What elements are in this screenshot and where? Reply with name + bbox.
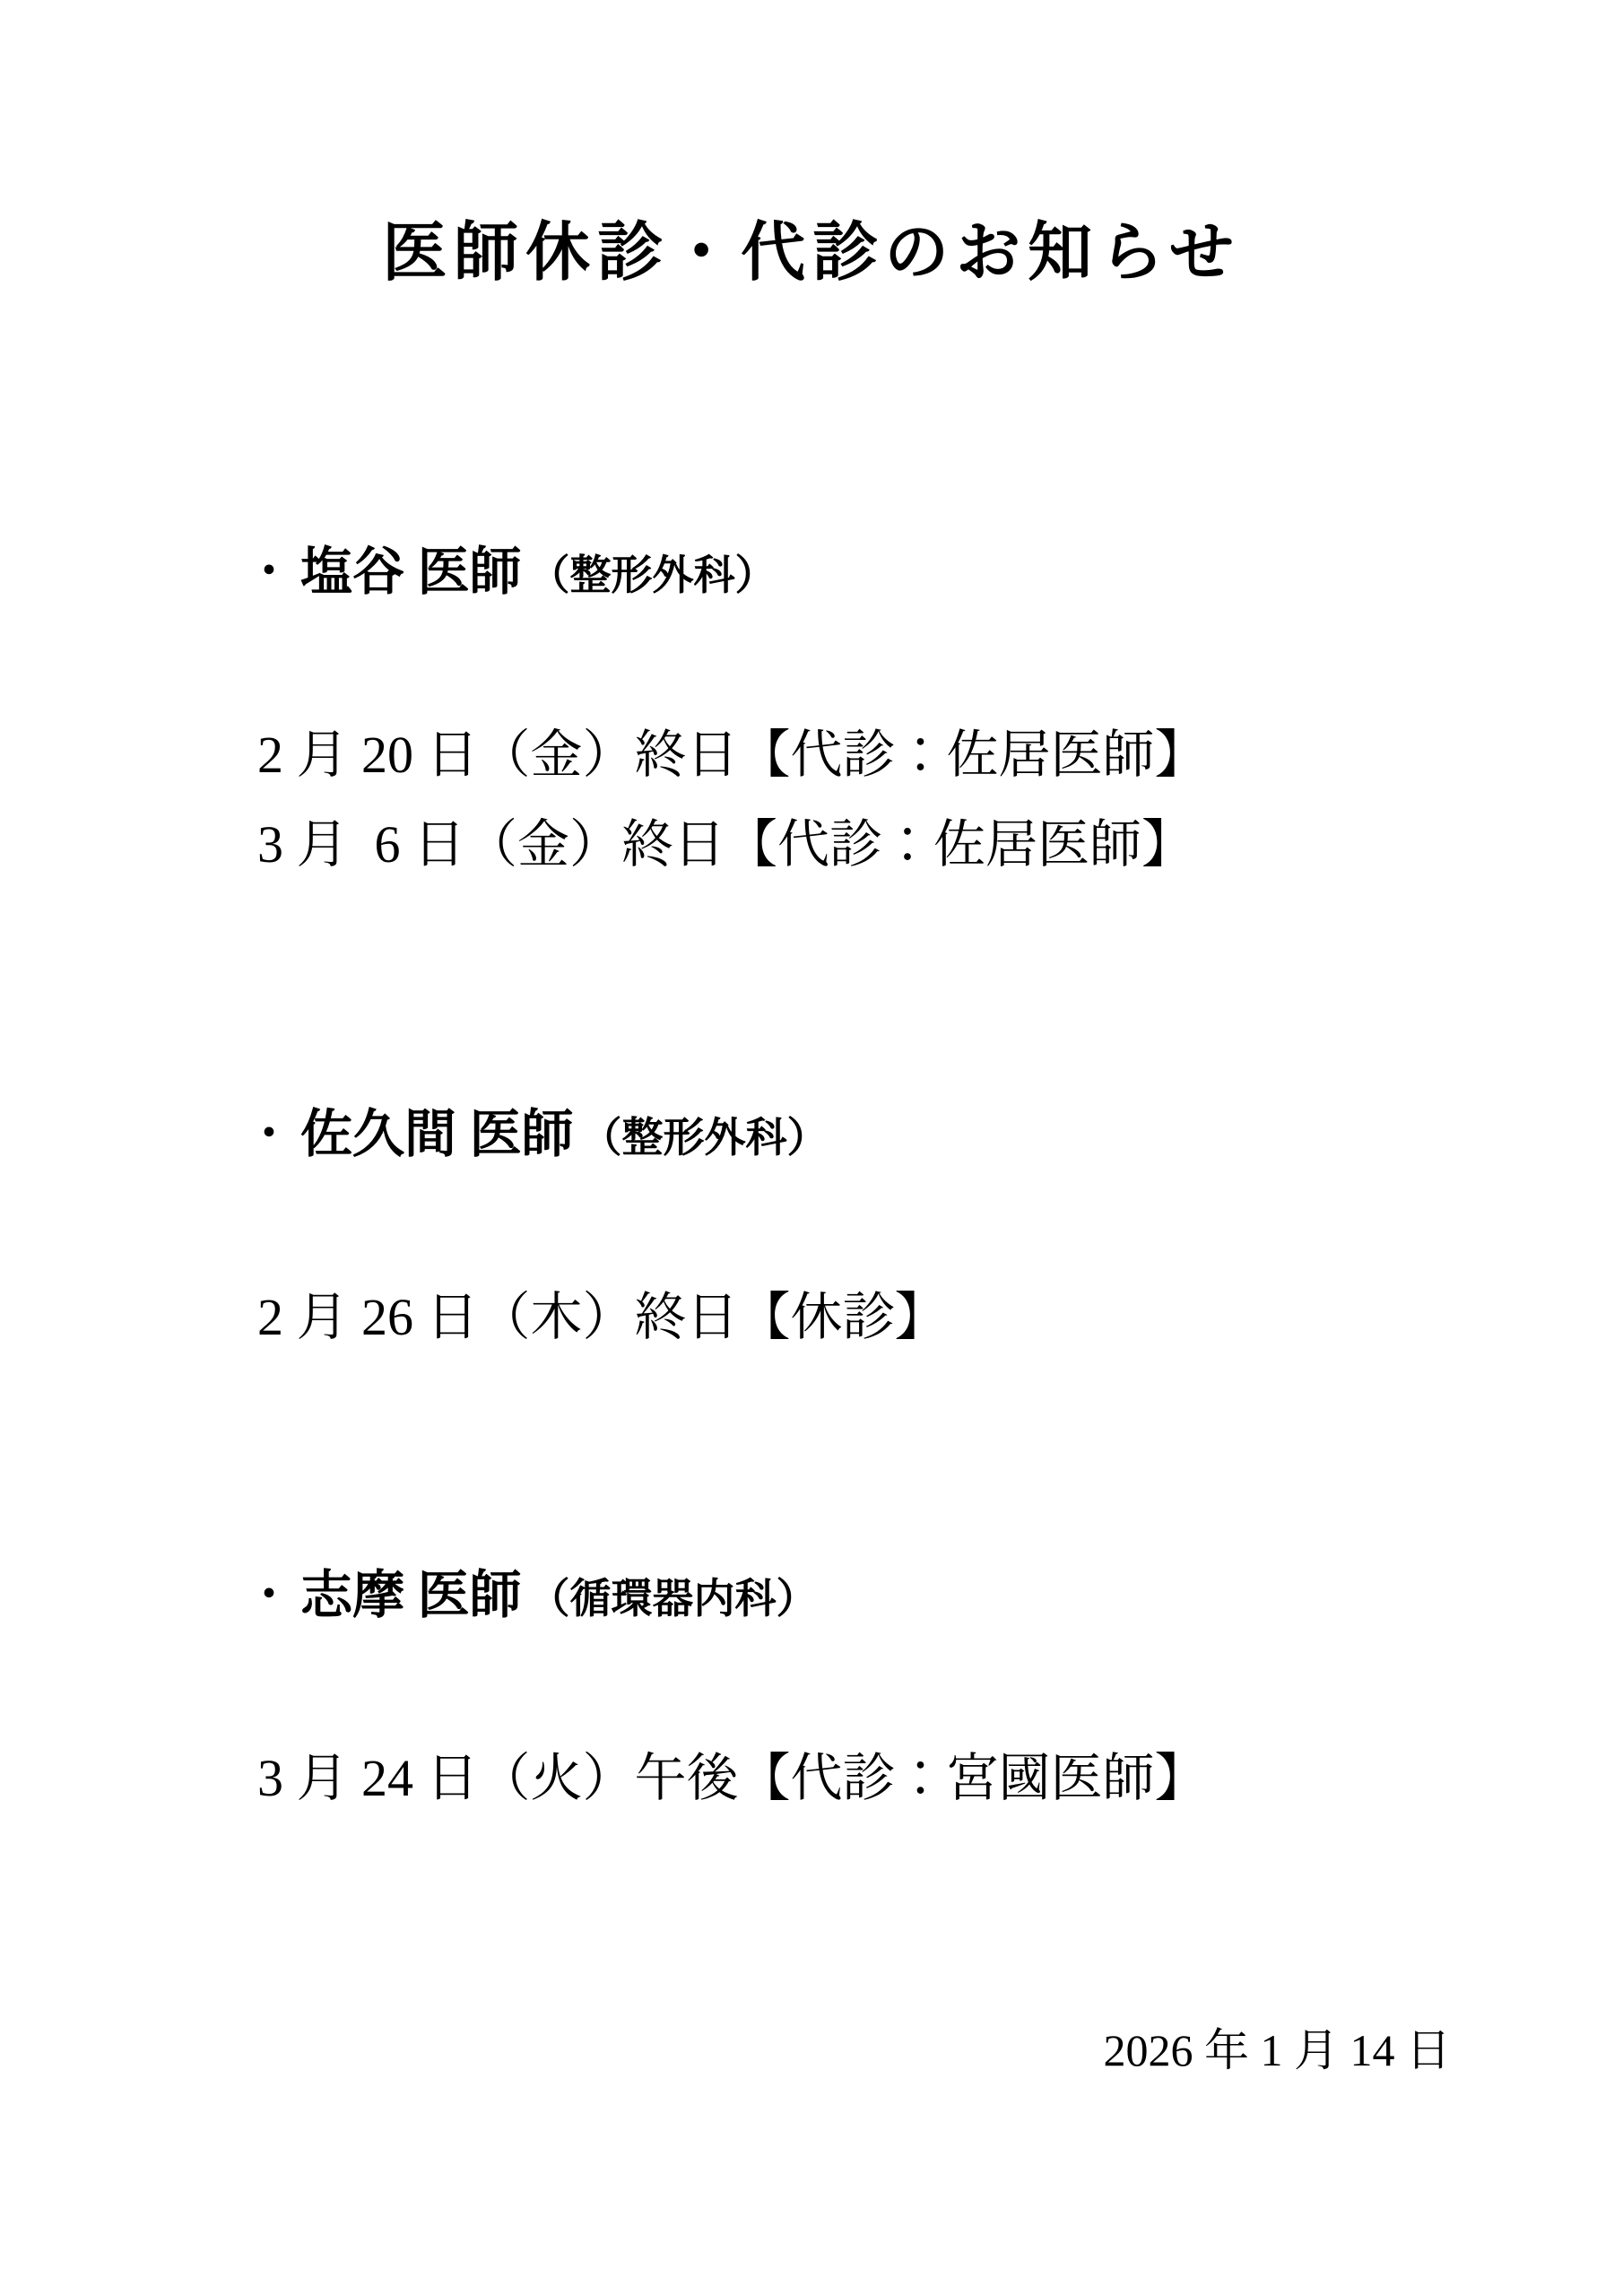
schedule-line: 2 月 20 日（金）終日【代診：佐居医師】 xyxy=(139,710,1623,800)
doctor-header: ・塩谷 医師（整形外科） xyxy=(139,438,1623,710)
bullet-icon: ・ xyxy=(243,1566,295,1624)
doctor-department: （整形外科） xyxy=(581,1115,829,1161)
page-title: 医師休診・代診のお知らせ xyxy=(0,0,1623,287)
doctor-department: （循環器内科） xyxy=(529,1576,818,1622)
notice-body: ・塩谷 医師（整形外科） 2 月 20 日（金）終日【代診：佐居医師】 3 月 … xyxy=(0,438,1623,1823)
doctor-section-shima: ・志摩 医師（循環器内科） 3 月 24 日（火）午後【代診：宮國医師】 xyxy=(139,1461,1623,1823)
bullet-icon: ・ xyxy=(243,1105,295,1163)
doctor-name: 佐久間 医師 xyxy=(300,1105,574,1163)
doctor-department: （整形外科） xyxy=(529,552,777,598)
notice-page: 医師休診・代診のお知らせ ・塩谷 医師（整形外科） 2 月 20 日（金）終日【… xyxy=(0,0,1623,2296)
schedule-line: 2 月 26 日（木）終日【休診】 xyxy=(139,1273,1623,1362)
doctor-header: ・佐久間 医師（整形外科） xyxy=(139,1000,1623,1273)
doctor-header: ・志摩 医師（循環器内科） xyxy=(139,1461,1623,1734)
doctor-name: 塩谷 医師 xyxy=(300,543,522,601)
doctor-name: 志摩 医師 xyxy=(300,1566,522,1624)
issue-date: 2026 年 1 月 14 日 xyxy=(0,2023,1623,2077)
schedule-line: 3 月 24 日（火）午後【代診：宮國医師】 xyxy=(139,1734,1623,1823)
doctor-section-sakuma: ・佐久間 医師（整形外科） 2 月 26 日（木）終日【休診】 xyxy=(139,1000,1623,1362)
schedule-line: 3 月 6 日（金）終日【代診：佐居医師】 xyxy=(139,800,1623,890)
doctor-section-shiotani: ・塩谷 医師（整形外科） 2 月 20 日（金）終日【代診：佐居医師】 3 月 … xyxy=(139,438,1623,890)
bullet-icon: ・ xyxy=(243,543,295,601)
